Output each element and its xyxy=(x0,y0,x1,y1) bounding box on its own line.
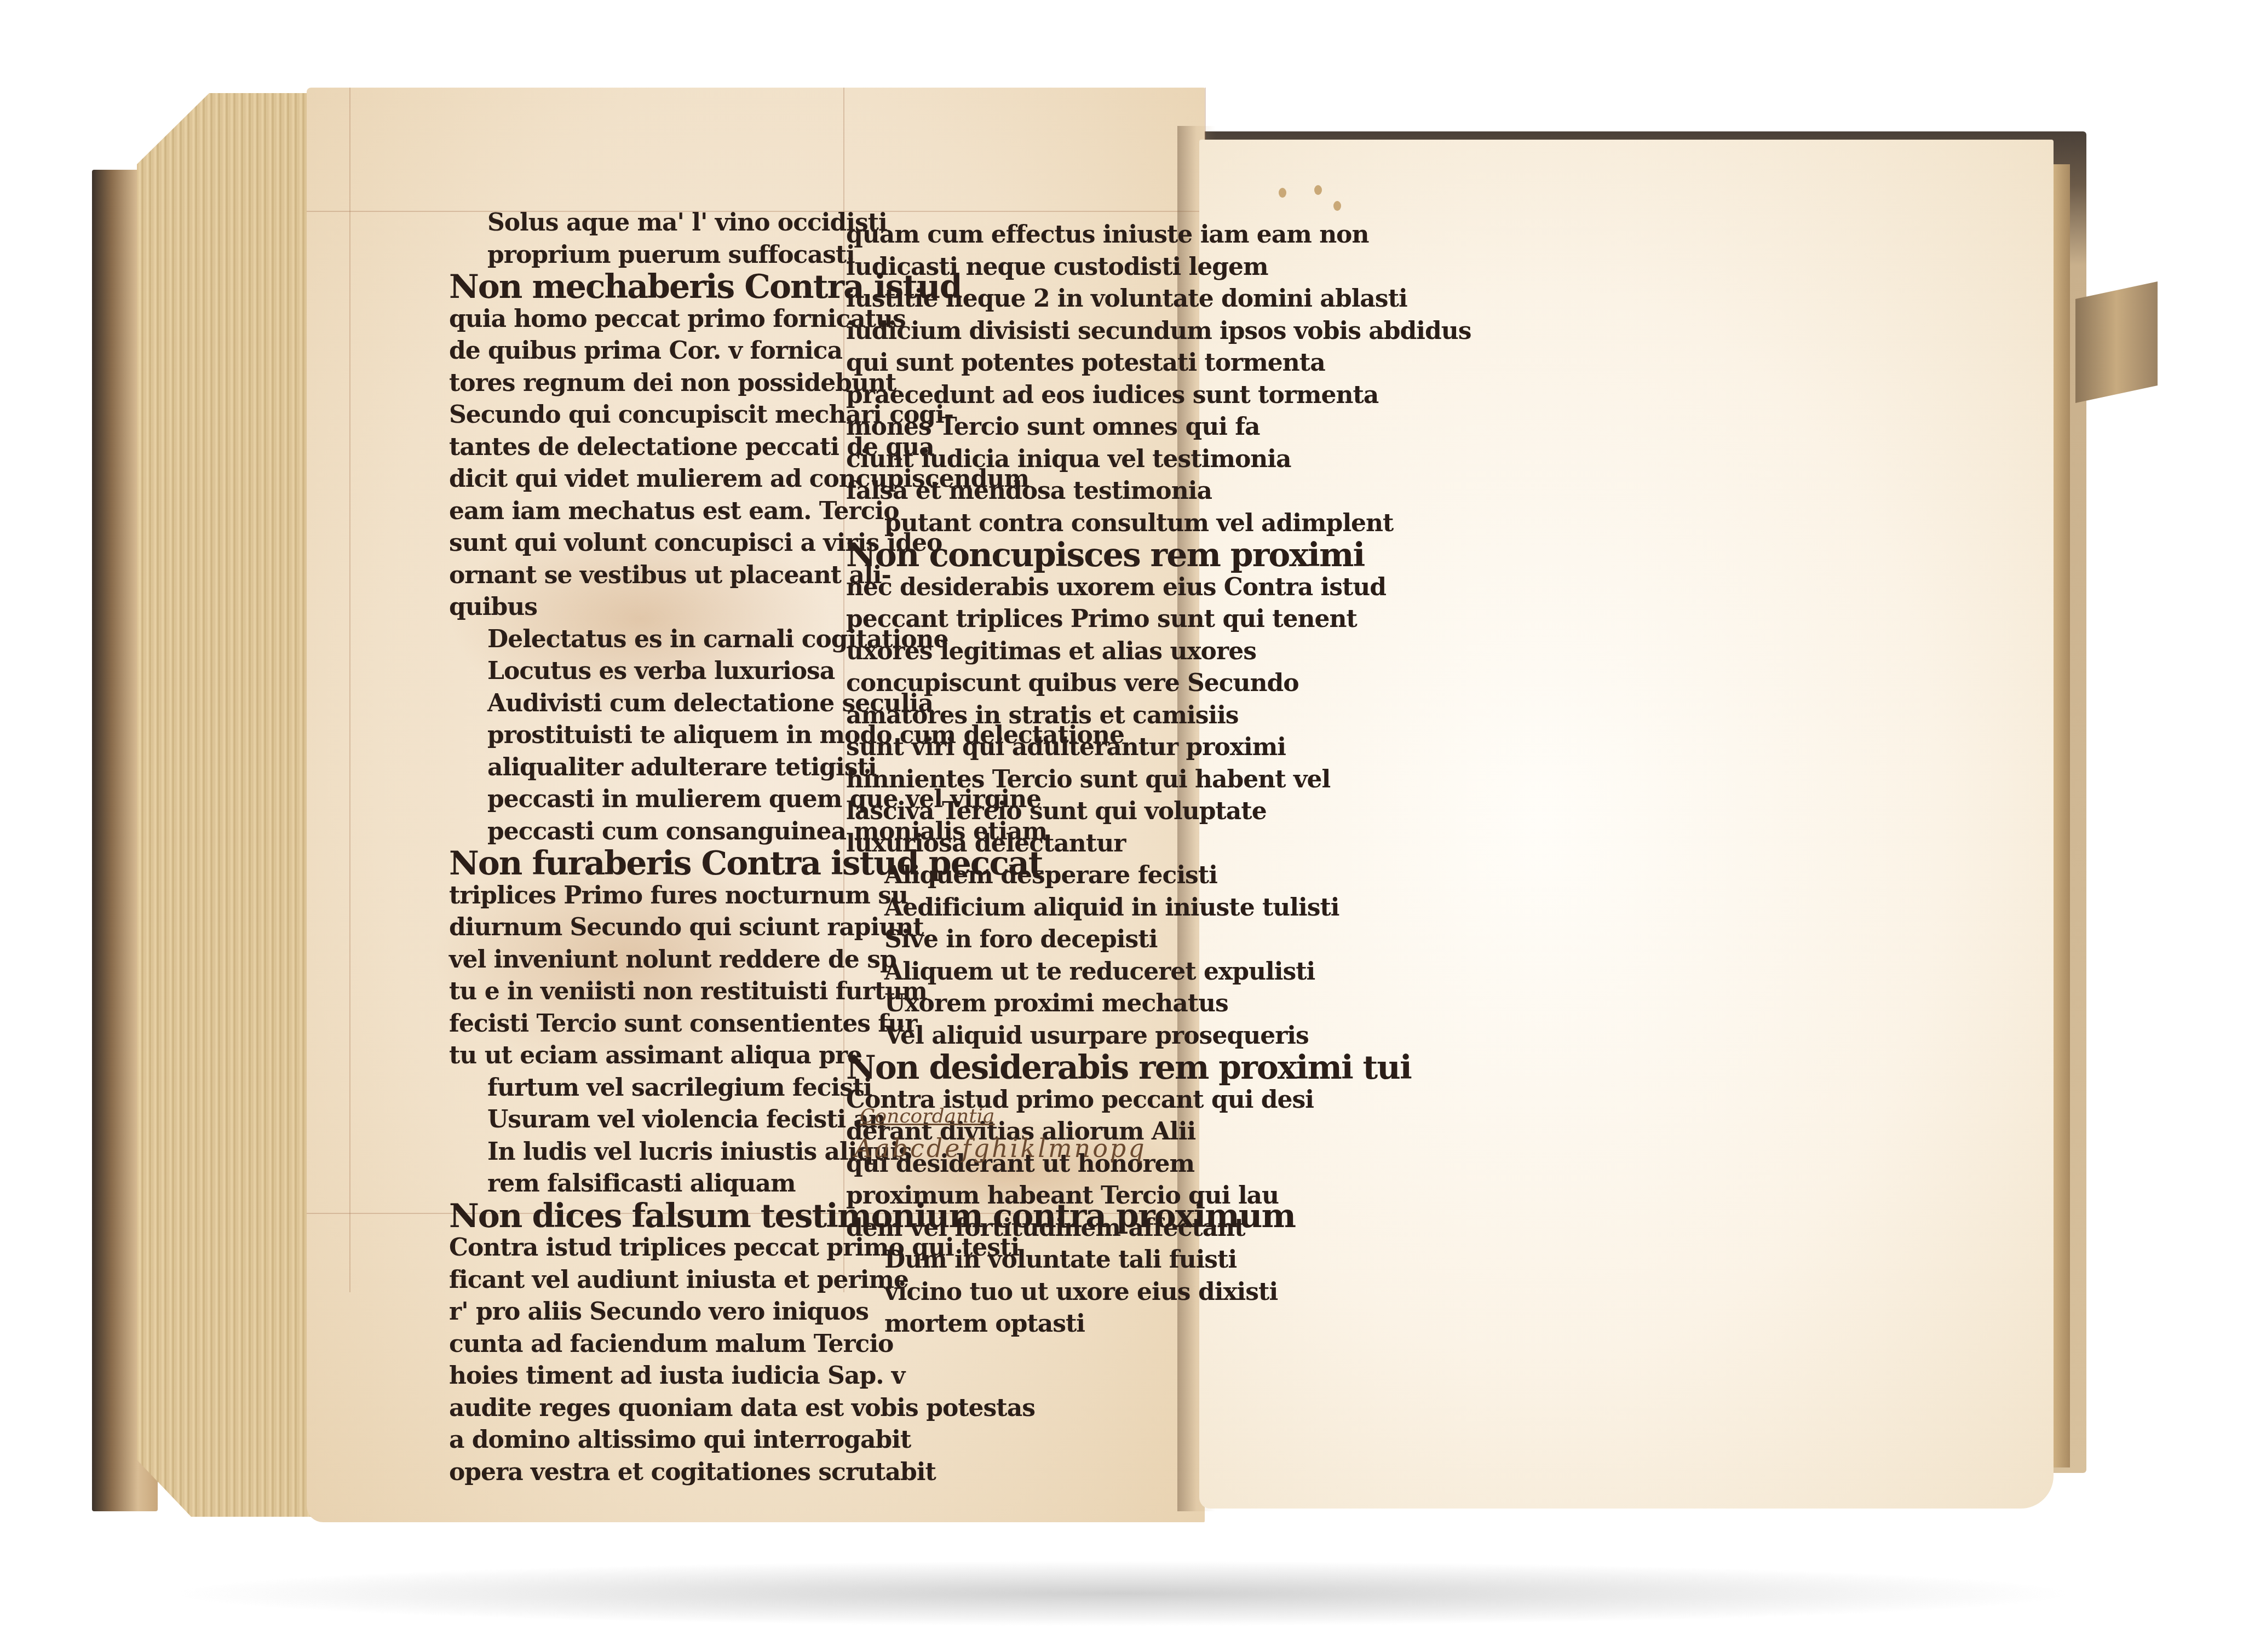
manuscript-line: opera vestra et cogitationes scrutabit xyxy=(449,1457,832,1489)
manuscript-line: quam cum effectus iniuste iam eam non xyxy=(846,219,1197,251)
manuscript-line: tantes de delectatione peccati de qua xyxy=(449,431,832,464)
manuscript-line: Aliquem ut te reduceret expulisti xyxy=(846,956,1197,988)
manuscript-line: hinnientes Tercio sunt qui habent vel xyxy=(846,764,1197,796)
manuscript-line: Dum in voluntate tali fuisti xyxy=(846,1244,1197,1276)
manuscript-line: Secundo qui concupiscit mechari cogi- xyxy=(449,399,832,431)
manuscript-line: Usuram vel violencia fecisti an xyxy=(449,1104,832,1136)
manuscript-line: dem vel fortitudinem affectant xyxy=(846,1212,1197,1245)
manuscript-line: peccant triplices Primo sunt qui tenent xyxy=(846,603,1197,636)
manuscript-line: tu ut eciam assimant aliqua pre xyxy=(449,1040,832,1072)
bookmark-tab xyxy=(2075,281,2158,403)
right-page-blank xyxy=(1199,140,2054,1509)
manuscript-line: qui sunt potentes potestati tormenta xyxy=(846,347,1197,379)
manuscript-line: eam iam mechatus est eam. Tercio xyxy=(449,496,832,528)
manuscript-line: iudicium divisisti secundum ipsos vobis … xyxy=(846,315,1197,348)
manuscript-line: proprium puerum suffocasti xyxy=(449,239,832,272)
manuscript-line: tores regnum dei non possidebunt xyxy=(449,367,832,400)
manuscript-line: Audivisti cum delectatione seculia xyxy=(449,688,832,720)
manuscript-line: peccasti cum consanguinea monialis etiam xyxy=(449,816,832,848)
manuscript-line: luxuriosa delectantur xyxy=(846,828,1197,860)
manuscript-line: In ludis vel lucris iniustis aliquis xyxy=(449,1136,832,1169)
manuscript-line: nec desiderabis uxorem eius Contra istud xyxy=(846,572,1197,604)
manuscript-line: Uxorem proximi mechatus xyxy=(846,988,1197,1020)
manuscript-line: sunt qui volunt concupisci a viris ideo xyxy=(449,527,832,560)
manuscript-line: triplices Primo fures nocturnum su xyxy=(449,880,832,912)
manuscript-line: ficant vel audiunt iniusta et perime xyxy=(449,1264,832,1297)
manuscript-line: Contra istud triplices peccat primo qui … xyxy=(449,1232,832,1264)
manuscript-line: hoies timent ad iusta iudicia Sap. v xyxy=(449,1360,832,1392)
manuscript-line: de quibus prima Cor. v fornica xyxy=(449,335,832,367)
commandment-heading: Non concupisces rem proximi xyxy=(846,539,1197,572)
manuscript-line: Solus aque ma' l' vino occidisti xyxy=(449,207,832,239)
manuscript-line: furtum vel sacrilegium fecisti xyxy=(449,1072,832,1104)
commandment-heading: Non mechaberis Contra istud xyxy=(449,271,832,303)
manuscript-line: Aliquem desperare fecisti xyxy=(846,860,1197,892)
manuscript-line: Aedificium aliquid in iniuste tulisti xyxy=(846,892,1197,924)
text-column-b: quam cum effectus iniuste iam eam non iu… xyxy=(846,219,1197,1340)
manuscript-line: iustitie neque 2 in voluntate domini abl… xyxy=(846,283,1197,315)
manuscript-line: vel inveniunt nolunt reddere de sp xyxy=(449,944,832,976)
manuscript-line: lasciva Tercio sunt qui voluptate xyxy=(846,796,1197,828)
commandment-heading: Non dices falsum testimonium contra prox… xyxy=(449,1200,832,1233)
manuscript-line: dicit qui videt mulierem ad concupiscend… xyxy=(449,463,832,496)
ruling-line xyxy=(349,88,350,1292)
manuscript-line: praecedunt ad eos iudices sunt tormenta xyxy=(846,379,1197,412)
book-shadow xyxy=(164,1561,2081,1626)
manuscript-line: a domino altissimo qui interrogabit xyxy=(449,1424,832,1457)
manuscript-line: ornant se vestibus ut placeant ali- xyxy=(449,560,832,592)
manuscript-line: mones Tercio sunt omnes qui fa xyxy=(846,411,1197,444)
manuscript-line: concupiscunt quibus vere Secundo xyxy=(846,667,1197,700)
manuscript-line: aliqualiter adulterare tetigisti xyxy=(449,752,832,784)
manuscript-line: prostituisti te aliquem in modo cum dele… xyxy=(449,719,832,752)
manuscript-line: diurnum Secundo qui sciunt rapiunt xyxy=(449,912,832,944)
manuscript-line: falsa et mendosa testimonia xyxy=(846,475,1197,508)
manuscript-line: Locutus es verba luxuriosa xyxy=(449,655,832,688)
annotation-concordantia: Concordantia xyxy=(860,1105,995,1127)
manuscript-line: rem falsificasti aliquam xyxy=(449,1168,832,1200)
text-column-a: Solus aque ma' l' vino occidisti propriu… xyxy=(449,207,832,1488)
manuscript-line: amatores in stratis et camisiis xyxy=(846,700,1197,732)
manuscript-line: mortem optasti xyxy=(846,1308,1197,1340)
commandment-heading: Non desiderabis rem proximi tui xyxy=(846,1052,1197,1084)
manuscript-line: peccasti in mulierem quem que vel virgin… xyxy=(449,784,832,816)
manuscript-line: quibus xyxy=(449,591,832,624)
manuscript-line: r' pro aliis Secundo vero iniquos xyxy=(449,1296,832,1328)
manuscript-line: proximum habeant Tercio qui lau xyxy=(846,1180,1197,1212)
manuscript-line: vicino tuo ut uxore eius dixisti xyxy=(846,1276,1197,1309)
manuscript-line: putant contra consultum vel adimplent xyxy=(846,508,1197,540)
manuscript-line: Vel aliquid usurpare prosequeris xyxy=(846,1020,1197,1052)
manuscript-line: ciunt iudicia iniqua vel testimonia xyxy=(846,444,1197,476)
manuscript-line: Sive in foro decepisti xyxy=(846,924,1197,956)
manuscript-line: sunt viri qui adulterantur proximi xyxy=(846,732,1197,764)
manuscript-line: cunta ad faciendum malum Tercio xyxy=(449,1328,832,1361)
annotation-alphabet: Aabcdefghiklmnopq xyxy=(854,1133,1147,1163)
manuscript-line: Delectatus es in carnali cogitatione xyxy=(449,624,832,656)
manuscript-line: quia homo peccat primo fornicatus xyxy=(449,303,832,336)
fore-edge-page-stack xyxy=(137,93,318,1517)
manuscript-line: fecisti Tercio sunt consentientes fur xyxy=(449,1008,832,1040)
manuscript-line: tu e in veniisti non restituisti furtum xyxy=(449,976,832,1008)
commandment-heading: Non furaberis Contra istud peccat xyxy=(449,848,832,880)
manuscript-line: audite reges quoniam data est vobis pote… xyxy=(449,1392,832,1425)
manuscript-line: iudicasti neque custodisti legem xyxy=(846,251,1197,284)
manuscript-line: uxores legitimas et alias uxores xyxy=(846,636,1197,668)
